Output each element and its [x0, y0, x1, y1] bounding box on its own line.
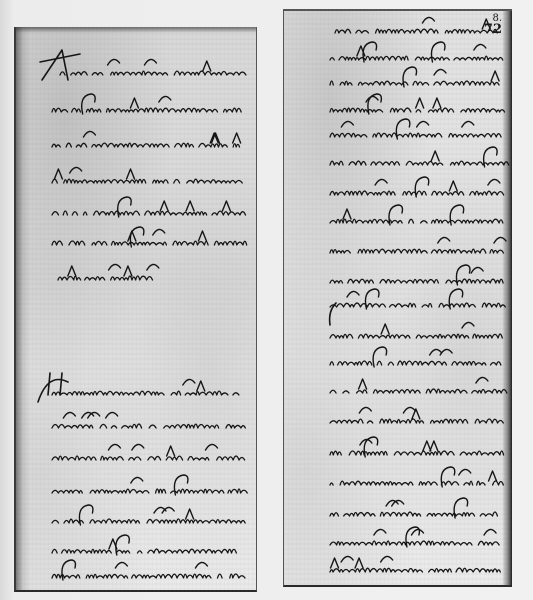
handwriting-flourish [341, 121, 353, 127]
handwritten-line [52, 456, 245, 460]
decorative-initial [38, 373, 68, 402]
handwriting-flourish [403, 407, 415, 413]
handwritten-line [52, 211, 245, 215]
handwriting-flourish [159, 96, 171, 102]
handwriting-flourish [476, 377, 488, 383]
handwriting-flourish [343, 209, 351, 219]
handwriting-flourish [416, 98, 424, 108]
handwritten-line [330, 303, 505, 307]
handwritten-line [52, 179, 242, 183]
handwriting-flourish [355, 558, 363, 568]
handwritten-line [330, 451, 504, 455]
handwriting-flourish [115, 562, 127, 568]
handwriting-flourish [423, 441, 431, 451]
handwriting-layer [0, 0, 533, 600]
handwriting-flourish [124, 266, 132, 276]
handwriting-flourish [491, 71, 499, 81]
handwritten-line [330, 481, 503, 485]
handwriting-flourish [147, 264, 159, 270]
handwriting-flourish [438, 237, 450, 243]
handwriting-flourish [83, 131, 95, 137]
handwriting-flourish [183, 379, 195, 385]
handwriting-flourish [144, 59, 156, 65]
handwriting-flourish [433, 98, 441, 108]
handwriting-flourish [109, 264, 121, 270]
handwritten-line [330, 56, 503, 60]
handwriting-flourish [474, 44, 486, 50]
handwriting-flourish [127, 169, 135, 179]
handwriting-flourish [206, 444, 218, 450]
handwritten-line [52, 424, 245, 428]
handwriting-flourish [106, 412, 118, 418]
handwriting-flourish [160, 201, 168, 211]
handwriting-flourish [489, 471, 497, 481]
handwritten-line [58, 276, 153, 280]
handwriting-flourish [471, 267, 483, 273]
handwritten-line [330, 279, 503, 283]
handwritten-line [330, 191, 504, 195]
handwriting-flourish [381, 556, 393, 562]
handwriting-flourish [153, 229, 165, 235]
handwritten-line [330, 133, 501, 137]
handwriting-flourish [430, 349, 442, 355]
handwritten-line [330, 568, 500, 572]
handwriting-flourish [68, 266, 76, 276]
handwriting-flourish [440, 349, 452, 355]
handwriting-flourish [462, 322, 474, 328]
handwritten-line [330, 219, 503, 223]
handwritten-line [52, 391, 239, 395]
handwritten-line [330, 389, 507, 393]
handwriting-flourish [108, 59, 120, 65]
handwriting-flourish [186, 509, 194, 519]
handwriting-flourish [131, 477, 143, 483]
handwriting-flourish [411, 529, 423, 535]
handwriting-flourish [412, 409, 420, 419]
handwritten-line [330, 541, 499, 545]
handwriting-flourish [341, 556, 353, 562]
handwriting-flourish [132, 444, 144, 450]
handwritten-line [52, 549, 236, 553]
handwritten-line [60, 71, 246, 75]
handwriting-flourish [347, 291, 359, 297]
handwriting-flourish [63, 412, 75, 418]
handwritten-line [330, 512, 497, 516]
handwriting-flourish [431, 151, 439, 161]
handwriting-flourish [198, 231, 206, 241]
handwritten-line [330, 334, 502, 338]
handwritten-line [52, 519, 245, 523]
handwriting-flourish [331, 558, 339, 568]
handwriting-flourish [375, 179, 387, 185]
handwriting-flourish [482, 19, 490, 29]
handwriting-flourish [186, 201, 194, 211]
handwriting-flourish [494, 237, 506, 243]
handwritten-line [330, 81, 499, 85]
handwriting-flourish [373, 347, 387, 367]
handwritten-line [330, 419, 503, 423]
handwriting-flourish [403, 67, 417, 87]
handwriting-flourish [459, 469, 471, 475]
handwriting-flourish [167, 446, 175, 456]
handwriting-flourish [203, 61, 211, 71]
handwritten-line [52, 108, 241, 112]
handwritten-line [330, 361, 501, 365]
handwriting-flourish [434, 69, 446, 75]
handwriting-flourish [449, 181, 457, 191]
handwriting-flourish [195, 562, 207, 568]
handwriting-flourish [484, 529, 496, 535]
handwriting-flourish [233, 133, 241, 143]
handwriting-flourish [222, 201, 230, 211]
handwriting-flourish [462, 121, 474, 127]
handwriting-flourish [130, 98, 138, 108]
handwriting-flourish [417, 121, 429, 127]
handwritten-line [335, 29, 497, 33]
handwriting-flourish [422, 17, 434, 23]
handwriting-flourish [108, 444, 120, 450]
handwritten-line [330, 249, 503, 253]
handwriting-flourish [430, 441, 438, 451]
handwriting-flourish [488, 179, 500, 185]
handwriting-flourish [374, 529, 386, 535]
handwritten-line [52, 574, 245, 578]
handwriting-flourish [197, 381, 205, 391]
handwriting-flourish [359, 407, 371, 413]
handwritten-line [52, 489, 247, 493]
handwriting-flourish [484, 147, 498, 167]
handwritten-line [330, 161, 509, 165]
handwriting-flourish [70, 167, 82, 173]
handwritten-line [52, 241, 247, 245]
handwriting-flourish [54, 169, 62, 179]
handwriting-flourish [381, 324, 389, 334]
handwritten-line [330, 108, 505, 112]
handwriting-flourish [359, 379, 367, 389]
